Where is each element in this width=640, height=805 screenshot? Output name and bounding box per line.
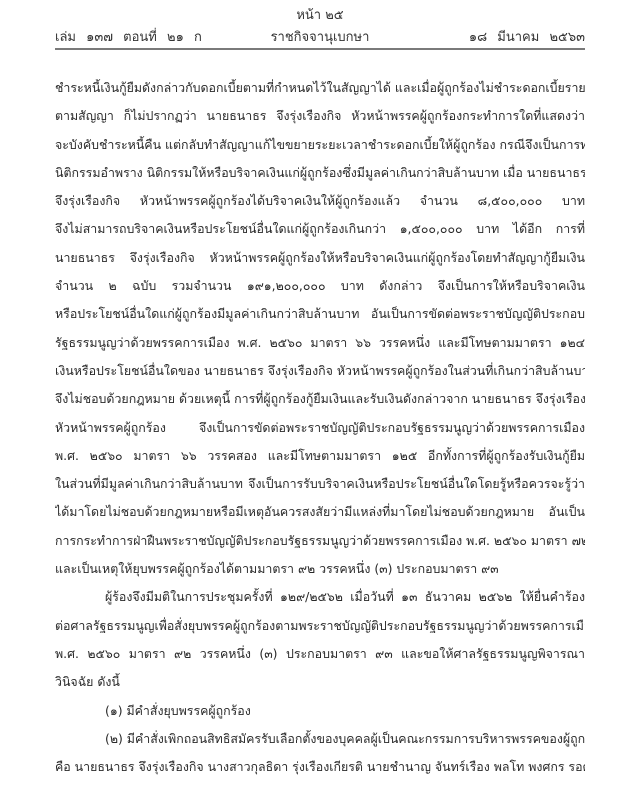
text-line: เงินหรือประโยชน์อื่นใดของ นายธนาธร จึงรุ…: [55, 357, 585, 385]
text-line: จึงรุ่งเรืองกิจ หัวหน้าพรรคผู้ถูกร้องได้…: [55, 187, 585, 215]
text-line: ชำระหนี้เงินกู้ยืมดังกล่าวกับดอกเบี้ยตาม…: [55, 74, 585, 102]
text-line: การกระทำการฝ่าฝืนพระราชบัญญัติประกอบรัฐธ…: [55, 527, 585, 555]
document-page: หน้า ๒๕ ราชกิจจานุเบกษา เล่ม ๑๓๗ ตอนที่ …: [0, 0, 640, 805]
text-line: ได้มาโดยไม่ชอบด้วยกฎหมายหรือมีเหตุอันควร…: [55, 498, 585, 526]
text-line: นิติกรรมอำพราง นิติกรรมให้หรือบริจาคเงิน…: [55, 159, 585, 187]
text-line: นายธนาธร จึงรุ่งเรืองกิจ หัวหน้าพรรคผู้ถ…: [55, 244, 585, 272]
list-item: (๒) มีคำสั่งเพิกถอนสิทธิสมัครรับเลือกตั้…: [55, 725, 585, 753]
gazette-header: ราชกิจจานุเบกษา เล่ม ๑๓๗ ตอนที่ ๒๑ ก ๑๘ …: [55, 29, 585, 47]
text-line: ต่อศาลรัฐธรรมนูญเพื่อสั่งยุบพรรคผู้ถูกร้…: [55, 612, 585, 640]
text-line: หัวหน้าพรรคผู้ถูกร้อง จึงเป็นการขัดต่อพร…: [55, 414, 585, 442]
document-body: ชำระหนี้เงินกู้ยืมดังกล่าวกับดอกเบี้ยตาม…: [55, 74, 585, 781]
text-line: รัฐธรรมนูญว่าด้วยพรรคการเมือง พ.ศ. ๒๕๖๐ …: [55, 329, 585, 357]
text-line: วินิจฉัย ดังนี้: [55, 668, 585, 696]
text-line: ในส่วนที่มีมูลค่าเกินกว่าสิบล้านบาท จึงเ…: [55, 470, 585, 498]
page-number: หน้า ๒๕: [0, 8, 640, 24]
text-line: คือ นายธนาธร จึงรุ่งเรืองกิจ นางสาวกุลธิ…: [55, 753, 585, 781]
header-divider: [55, 48, 585, 50]
volume-issue: เล่ม ๑๓๗ ตอนที่ ๒๑ ก: [55, 29, 202, 47]
text-line: จะบังคับชำระหนี้คืน แต่กลับทำสัญญาแก้ไขข…: [55, 131, 585, 159]
text-line: จำนวน ๒ ฉบับ รวมจำนวน ๑๙๑,๒๐๐,๐๐๐ บาท ดั…: [55, 272, 585, 300]
text-line: จึงไม่สามารถบริจาคเงินหรือประโยชน์อื่นใด…: [55, 215, 585, 243]
text-line: พ.ศ. ๒๕๖๐ มาตรา ๖๖ วรรคสอง และมีโทษตามมา…: [55, 442, 585, 470]
text-line: พ.ศ. ๒๕๖๐ มาตรา ๙๒ วรรคหนึ่ง (๓) ประกอบม…: [55, 640, 585, 668]
list-item: (๑) มีคำสั่งยุบพรรคผู้ถูกร้อง: [55, 697, 585, 725]
text-line: ตามสัญญา ก็ไม่ปรากฏว่า นายธนาธร จึงรุ่งเ…: [55, 102, 585, 130]
text-line: และเป็นเหตุให้ยุบพรรคผู้ถูกร้องได้ตามมาต…: [55, 555, 585, 583]
text-line: จึงไม่ชอบด้วยกฎหมาย ด้วยเหตุนี้ การที่ผู…: [55, 385, 585, 413]
text-line: หรือประโยชน์อื่นใดแก่ผู้ถูกร้องมีมูลค่าเ…: [55, 300, 585, 328]
paragraph-first-line: ผู้ร้องจึงมีมติในการประชุมครั้งที่ ๑๒๙/๒…: [55, 583, 585, 611]
publication-date: ๑๘ มีนาคม ๒๕๖๓: [469, 29, 585, 47]
